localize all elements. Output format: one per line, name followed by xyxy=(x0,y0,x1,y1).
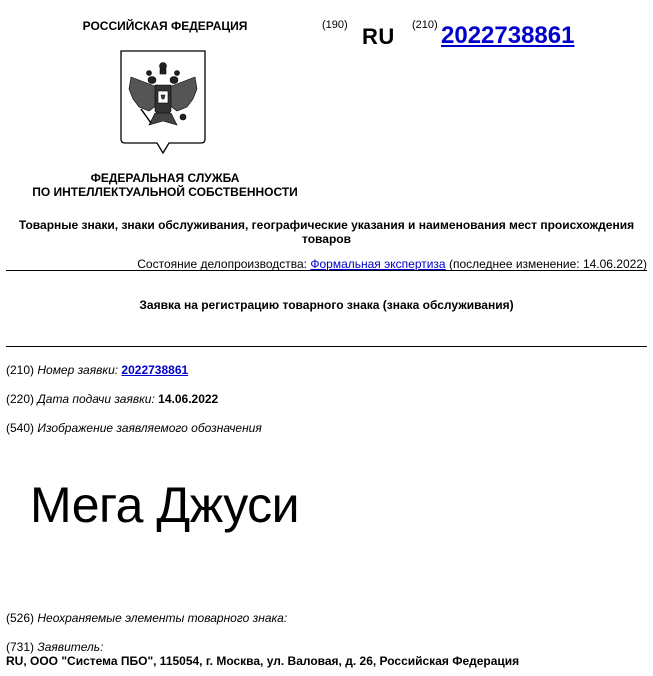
field-code: (220) xyxy=(6,392,34,406)
field-code: (210) xyxy=(6,363,34,377)
field-application-number: (210) Номер заявки: 2022738861 xyxy=(6,363,188,377)
field-label: Неохраняемые элементы товарного знака: xyxy=(37,611,287,625)
inid-code-210: (210) xyxy=(412,19,438,31)
field-label: Изображение заявляемого обозначения xyxy=(37,421,261,435)
field-code: (540) xyxy=(6,421,34,435)
field-code: (526) xyxy=(6,611,34,625)
document-title: Заявка на регистрацию товарного знака (з… xyxy=(0,298,653,312)
country-name: РОССИЙСКАЯ ФЕДЕРАЦИЯ xyxy=(0,19,330,33)
category-line-1: Товарные знаки, знаки обслуживания, геог… xyxy=(6,218,647,232)
applicant-value: RU, ООО "Система ПБО", 115054, г. Москва… xyxy=(6,654,519,668)
field-unprotected-elements: (526) Неохраняемые элементы товарного зн… xyxy=(6,611,287,625)
country-code: RU xyxy=(362,24,395,50)
field-applicant: (731) Заявитель: RU, ООО "Система ПБО", … xyxy=(6,640,519,668)
registration-number-link[interactable]: 2022738861 xyxy=(441,22,574,50)
field-filing-date: (220) Дата подачи заявки: 14.06.2022 xyxy=(6,392,218,406)
application-number-link[interactable]: 2022738861 xyxy=(121,363,188,377)
status-last-change: (последнее изменение: 14.06.2022) xyxy=(449,257,647,271)
status-value-link[interactable]: Формальная экспертиза xyxy=(310,257,445,271)
agency-line-1: ФЕДЕРАЛЬНАЯ СЛУЖБА xyxy=(0,171,330,185)
russian-coat-of-arms-icon xyxy=(119,49,207,156)
inid-code-190: (190) xyxy=(322,19,348,31)
document-category: Товарные знаки, знаки обслуживания, геог… xyxy=(6,218,647,246)
field-label: Номер заявки: xyxy=(37,363,118,377)
agency-name: ФЕДЕРАЛЬНАЯ СЛУЖБА ПО ИНТЕЛЛЕКТУАЛЬНОЙ С… xyxy=(0,171,330,199)
status-label: Состояние делопроизводства: xyxy=(137,257,307,271)
proceedings-status: Состояние делопроизводства: Формальная э… xyxy=(137,257,647,271)
trademark-image-text: Мега Джуси xyxy=(30,476,299,534)
agency-line-2: ПО ИНТЕЛЛЕКТУАЛЬНОЙ СОБСТВЕННОСТИ xyxy=(0,185,330,199)
filing-date-value: 14.06.2022 xyxy=(158,392,218,406)
field-label: Дата подачи заявки: xyxy=(37,392,154,406)
divider xyxy=(6,270,647,271)
category-line-2: товаров xyxy=(6,232,647,246)
field-code: (731) xyxy=(6,640,34,654)
field-label: Заявитель: xyxy=(37,640,103,654)
field-mark-image: (540) Изображение заявляемого обозначени… xyxy=(6,421,262,435)
divider xyxy=(6,346,647,347)
